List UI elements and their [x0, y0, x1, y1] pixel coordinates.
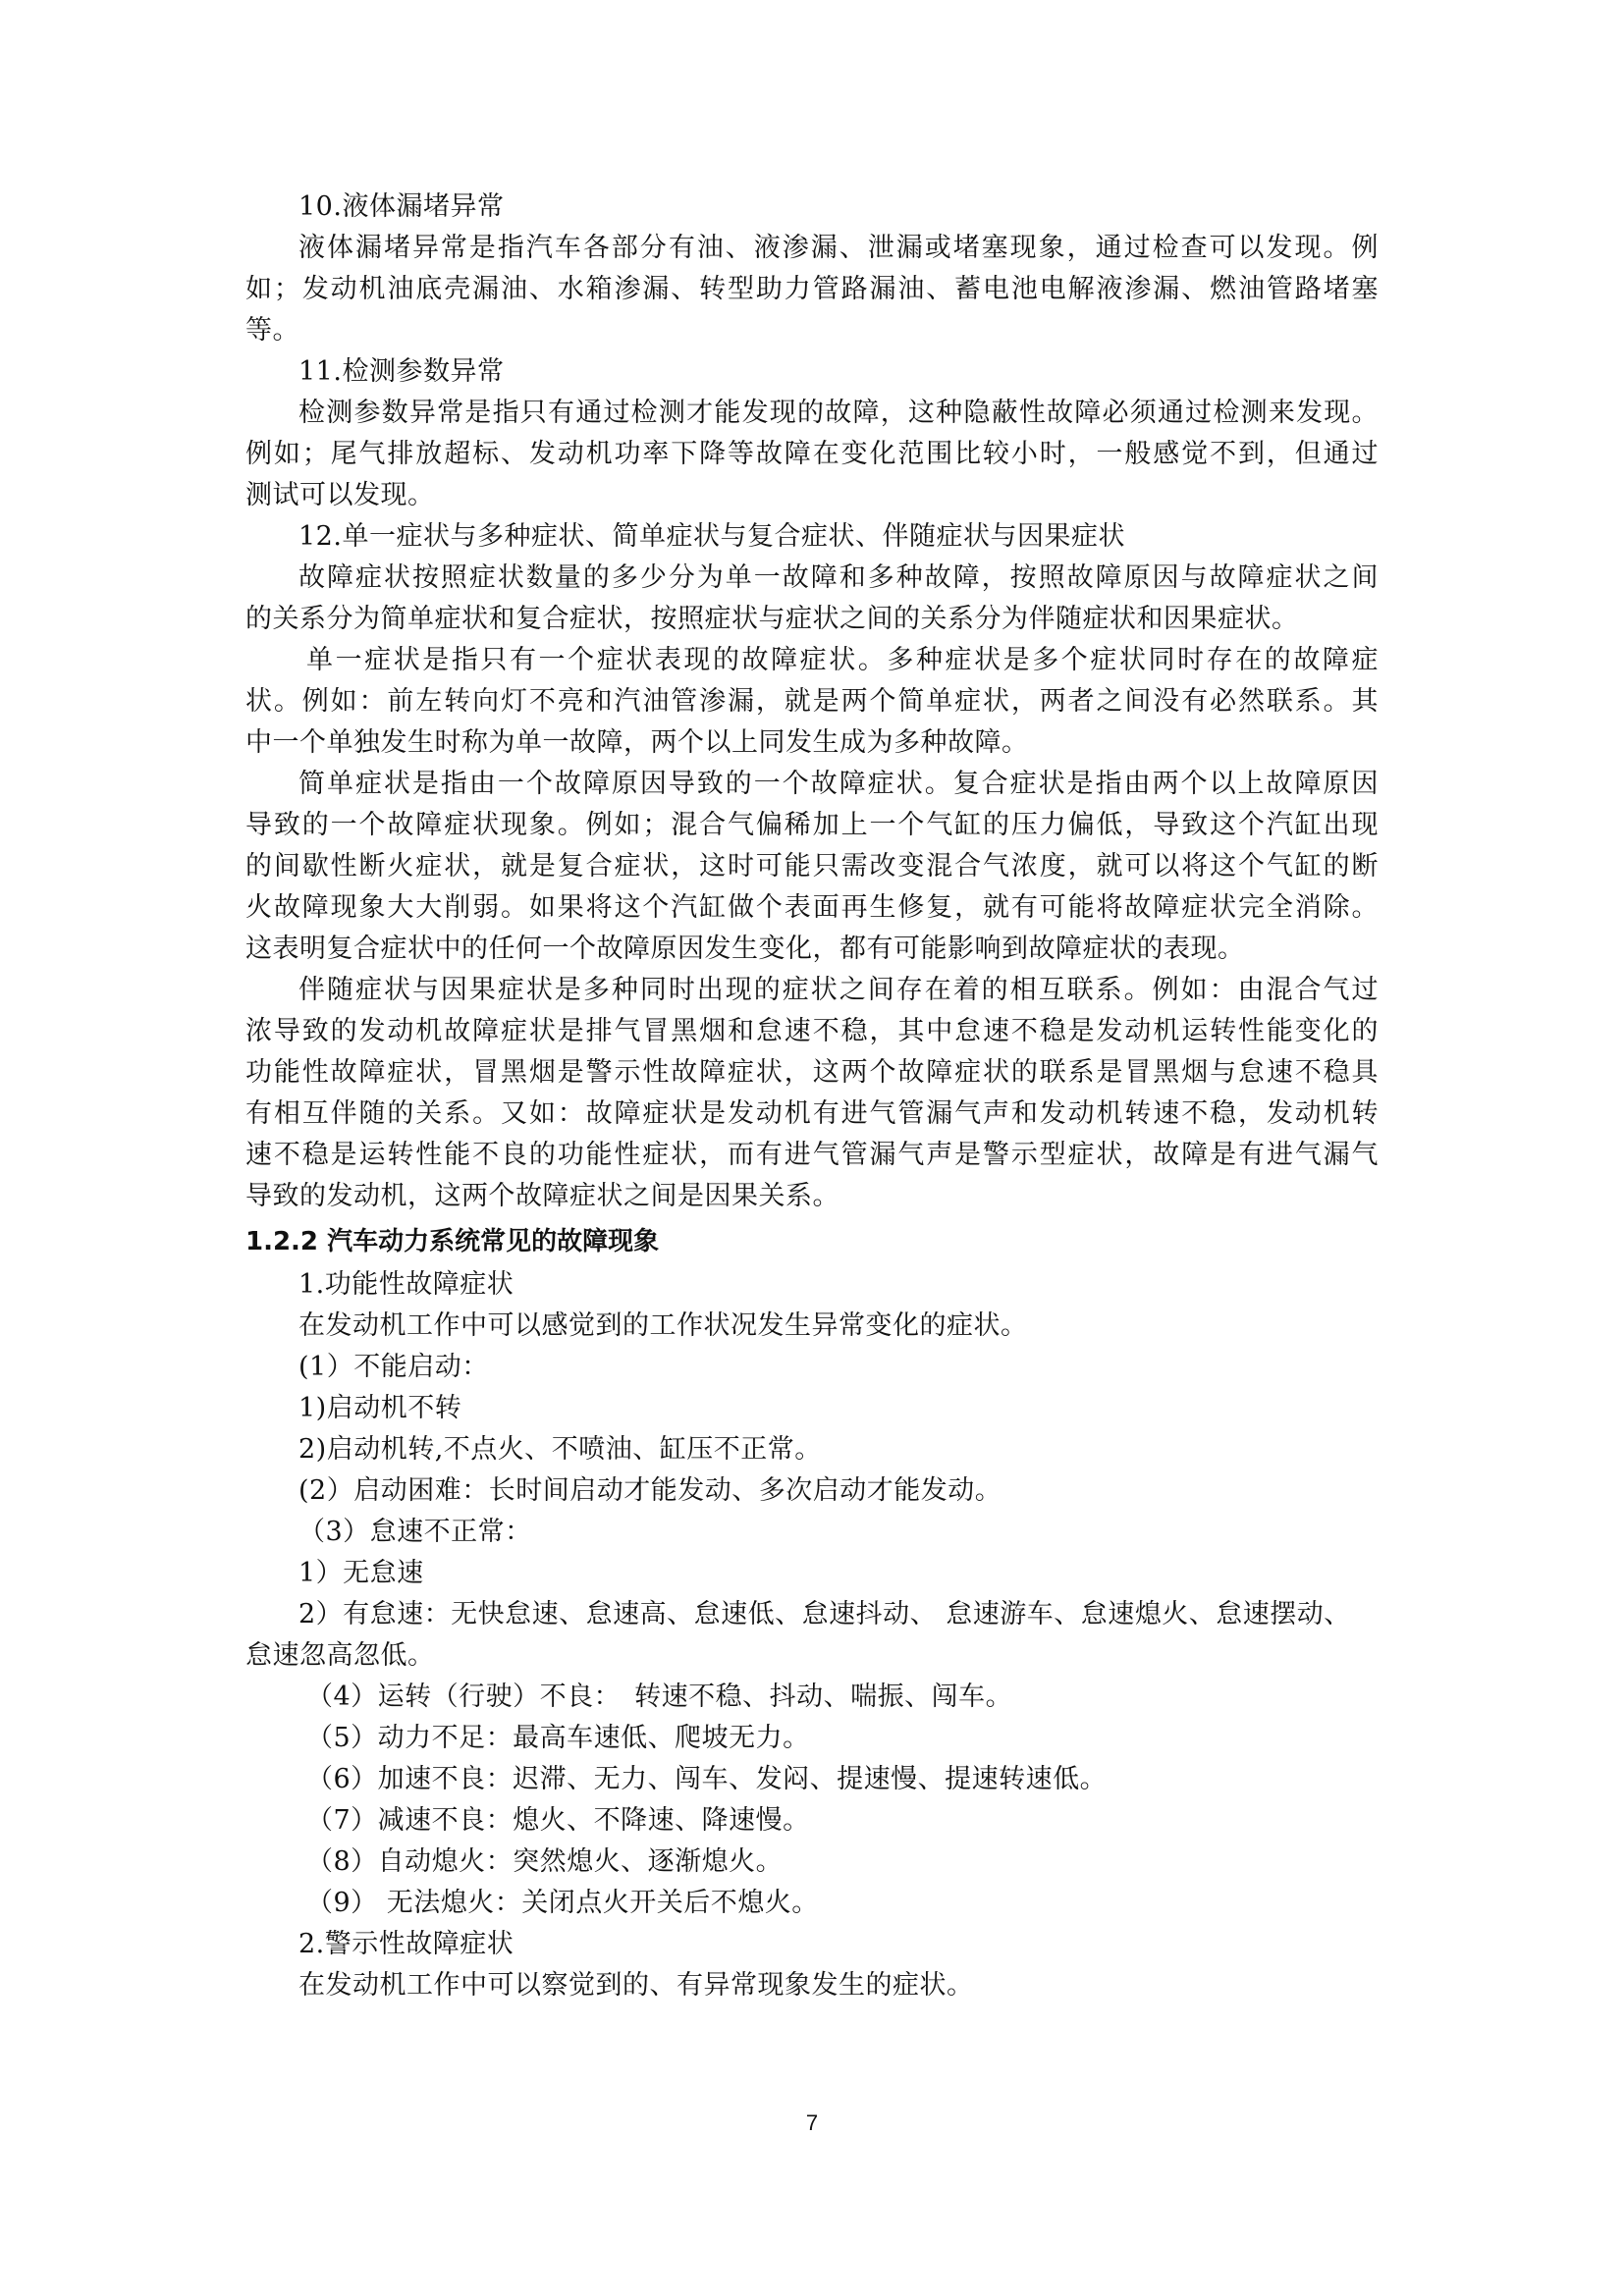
paragraph-line: 的关系分为简单症状和复合症状，按照症状与症状之间的关系分为伴随症状和因果症状。: [245, 599, 1379, 640]
page-number: 7: [0, 2110, 1624, 2136]
list-item: 2)启动机转,不点火、不喷油、缸压不正常。: [245, 1429, 1379, 1470]
list-item: （6）加速不良：迟滞、无力、闯车、发闷、提速慢、提速转速低。: [245, 1759, 1379, 1800]
paragraph-line: 检测参数异常是指只有通过检测才能发现的故障，这种隐蔽性故障必须通过检测来发现。: [245, 393, 1379, 434]
paragraph-line: 这表明复合症状中的任何一个故障原因发生变化，都有可能影响到故障症状的表现。: [245, 929, 1379, 970]
paragraph-line: 单一症状是指只有一个症状表现的故障症状。多种症状是多个症状同时存在的故障症: [245, 640, 1379, 681]
subsection-title: 1.功能性故障症状: [245, 1264, 1379, 1306]
list-item: 1)启动机不转: [245, 1388, 1379, 1429]
paragraph-line: 伴随症状与因果症状是多种同时出现的症状之间存在着的相互联系。例如：由混合气过: [245, 970, 1379, 1011]
section-title: 10.液体漏堵异常: [245, 187, 1379, 228]
paragraph-line: 导致的一个故障症状现象。例如；混合气偏稀加上一个气缸的压力偏低，导致这个汽缸出现: [245, 805, 1379, 846]
list-item: 1）无怠速: [245, 1553, 1379, 1594]
paragraph-line: 例如；尾气排放超标、发动机功率下降等故障在变化范围比较小时，一般感觉不到，但通过: [245, 434, 1379, 475]
paragraph-line: 有相互伴随的关系。又如：故障症状是发动机有进气管漏气声和发动机转速不稳，发动机转: [245, 1094, 1379, 1135]
list-item: （9） 无法熄火：关闭点火开关后不熄火。: [245, 1883, 1379, 1924]
paragraph-line: 火故障现象大大削弱。如果将这个汽缸做个表面再生修复，就有可能将故障症状完全消除。: [245, 887, 1379, 929]
paragraph-line: 在发动机工作中可以察觉到的、有异常现象发生的症状。: [245, 1965, 1379, 2006]
paragraph-line: 速不稳是运转性能不良的功能性症状，而有进气管漏气声是警示型症状，故障是有进气漏气: [245, 1135, 1379, 1176]
paragraph-line: 浓导致的发动机故障症状是排气冒黑烟和怠速不稳，其中怠速不稳是发动机运转性能变化的: [245, 1011, 1379, 1052]
paragraph-line: 简单症状是指由一个故障原因导致的一个故障症状。复合症状是指由两个以上故障原因: [245, 764, 1379, 805]
paragraph-line: 状。例如：前左转向灯不亮和汽油管渗漏，就是两个简单症状，两者之间没有必然联系。其: [245, 681, 1379, 722]
subsection-title: 2.警示性故障症状: [245, 1924, 1379, 1965]
paragraph-line: 如；发动机油底壳漏油、水箱渗漏、转型助力管路漏油、蓄电池电解液渗漏、燃油管路堵塞: [245, 269, 1379, 310]
section-heading: 1.2.2 汽车动力系统常见的故障现象: [245, 1219, 1379, 1264]
list-item: (2）启动困难：长时间启动才能发动、多次启动才能发动。: [245, 1470, 1379, 1512]
list-item: (1）不能启动：: [245, 1347, 1379, 1388]
list-item: （4）运转（行驶）不良： 转速不稳、抖动、喘振、闯车。: [245, 1677, 1379, 1718]
list-item: （3）怠速不正常：: [245, 1512, 1379, 1553]
paragraph-line: 故障症状按照症状数量的多少分为单一故障和多种故障，按照故障原因与故障症状之间: [245, 558, 1379, 599]
document-page: 10.液体漏堵异常 液体漏堵异常是指汽车各部分有油、液渗漏、泄漏或堵塞现象，通过…: [245, 187, 1379, 2006]
list-item: （5）动力不足：最高车速低、爬坡无力。: [245, 1718, 1379, 1759]
paragraph-line: 中一个单独发生时称为单一故障，两个以上同发生成为多种故障。: [245, 722, 1379, 764]
paragraph-line: 功能性故障症状，冒黑烟是警示性故障症状，这两个故障症状的联系是冒黑烟与怠速不稳具: [245, 1052, 1379, 1094]
section-title: 11.检测参数异常: [245, 351, 1379, 393]
list-item-wrap: 怠速忽高忽低。: [245, 1635, 1379, 1677]
paragraph-line: 的间歇性断火症状，就是复合症状，这时可能只需改变混合气浓度，就可以将这个气缸的断: [245, 846, 1379, 887]
section-title: 12.单一症状与多种症状、简单症状与复合症状、伴随症状与因果症状: [245, 516, 1379, 558]
paragraph-line: 液体漏堵异常是指汽车各部分有油、液渗漏、泄漏或堵塞现象，通过检查可以发现。例: [245, 228, 1379, 269]
paragraph-line: 在发动机工作中可以感觉到的工作状况发生异常变化的症状。: [245, 1306, 1379, 1347]
paragraph-line: 测试可以发现。: [245, 475, 1379, 516]
list-item: （7）减速不良：熄火、不降速、降速慢。: [245, 1800, 1379, 1842]
paragraph-line: 导致的发动机，这两个故障症状之间是因果关系。: [245, 1176, 1379, 1217]
list-item: 2）有怠速：无快怠速、怠速高、怠速低、怠速抖动、 怠速游车、怠速熄火、怠速摆动、: [245, 1594, 1379, 1635]
paragraph-line: 等。: [245, 310, 1379, 351]
list-item: （8）自动熄火：突然熄火、逐渐熄火。: [245, 1842, 1379, 1883]
